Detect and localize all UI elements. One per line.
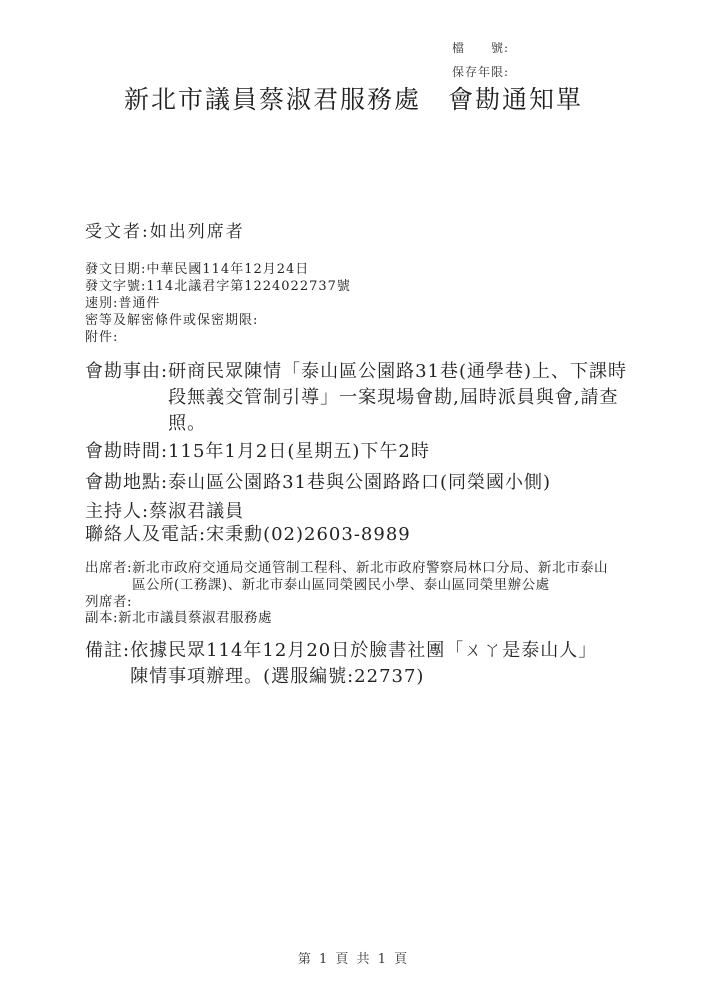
host-value: 蔡淑君議員 <box>149 500 645 523</box>
issue-number-line: 發文字號:114北議君字第1224022737號 <box>85 278 645 295</box>
attendees-block: 出席者: 新北市政府交通局交通管制工程科、新北市政府警察局林口分局、新北市泰山區… <box>85 560 645 626</box>
recipient-label: 受文者: <box>85 222 150 242</box>
host-row: 主持人: 蔡淑君議員 <box>85 500 645 523</box>
document-title: 新北市議員蔡淑君服務處 會勘通知單 <box>0 80 707 116</box>
speed-class-label: 速別: <box>85 296 118 311</box>
page-footer: 第 1 頁 共 1 頁 <box>0 948 707 967</box>
recipient-value: 如出列席者 <box>150 222 245 242</box>
issue-date-value: 中華民國114年12月24日 <box>146 262 309 277</box>
remark-label: 備註: <box>85 638 130 690</box>
contact-label: 聯絡人及電話: <box>85 523 206 546</box>
contact-value: 宋秉勳(02)2603-8989 <box>206 523 645 546</box>
remark-row: 備註: 依據民眾114年12月20日於臉書社團「ㄨㄚ是泰山人」陳情事項辦理。(選… <box>85 638 645 690</box>
issue-number-value: 114北議君字第1224022737號 <box>146 279 351 294</box>
survey-subject-value: 研商民眾陳情「泰山區公園路31巷(通學巷)上、下課時段無義交管制引導」一案現場會… <box>168 359 633 437</box>
copy-to-label: 副本: <box>85 610 118 626</box>
survey-time-label: 會勘時間: <box>85 439 168 465</box>
document-body: 受文者:如出列席者 發文日期:中華民國114年12月24日 發文字號:114北議… <box>85 222 645 690</box>
issue-date-label: 發文日期: <box>85 262 146 277</box>
observer-row: 列席者: <box>85 594 645 610</box>
speed-class-line: 速別:普通件 <box>85 295 645 312</box>
security-class-label: 密等及解密條件或保密期限: <box>85 313 258 328</box>
issue-date-line: 發文日期:中華民國114年12月24日 <box>85 261 645 278</box>
attendee-label: 出席者: <box>85 560 132 594</box>
survey-place-value: 泰山區公園路31巷與公園路路口(同榮國小側) <box>168 470 645 496</box>
observer-label: 列席者: <box>85 594 132 610</box>
copy-to-value: 新北市議員蔡淑君服務處 <box>118 610 598 626</box>
attachment-line: 附件: <box>85 329 645 346</box>
attendee-row: 出席者: 新北市政府交通局交通管制工程科、新北市政府警察局林口分局、新北市泰山區… <box>85 560 645 594</box>
host-label: 主持人: <box>85 500 149 523</box>
security-class-line: 密等及解密條件或保密期限: <box>85 312 645 329</box>
survey-subject-row: 會勘事由: 研商民眾陳情「泰山區公園路31巷(通學巷)上、下課時段無義交管制引導… <box>85 359 645 437</box>
survey-place-label: 會勘地點: <box>85 470 168 496</box>
doc-meta-block: 發文日期:中華民國114年12月24日 發文字號:114北議君字第1224022… <box>85 261 645 346</box>
top-right-meta: 檔 號: 保存年限: <box>452 36 509 84</box>
attendee-value: 新北市政府交通局交通管制工程科、新北市政府警察局林口分局、新北市泰山區公所(工務… <box>132 560 612 594</box>
observer-value <box>132 594 612 610</box>
file-number-label: 檔 號: <box>452 36 509 60</box>
contact-row: 聯絡人及電話: 宋秉勳(02)2603-8989 <box>85 523 645 546</box>
recipient-line: 受文者:如出列席者 <box>85 222 645 242</box>
document-page: 檔 號: 保存年限: 新北市議員蔡淑君服務處 會勘通知單 受文者:如出列席者 發… <box>0 0 707 1000</box>
survey-time-value: 115年1月2日(星期五)下午2時 <box>168 439 645 465</box>
survey-fields-block: 會勘事由: 研商民眾陳情「泰山區公園路31巷(通學巷)上、下課時段無義交管制引導… <box>85 359 645 546</box>
issue-number-label: 發文字號: <box>85 279 146 294</box>
survey-time-row: 會勘時間: 115年1月2日(星期五)下午2時 <box>85 439 645 465</box>
speed-class-value: 普通件 <box>118 296 160 311</box>
survey-place-row: 會勘地點: 泰山區公園路31巷與公園路路口(同榮國小側) <box>85 470 645 496</box>
survey-subject-label: 會勘事由: <box>85 359 168 437</box>
remark-value: 依據民眾114年12月20日於臉書社團「ㄨㄚ是泰山人」陳情事項辦理。(選服編號:… <box>130 638 600 690</box>
copy-to-row: 副本: 新北市議員蔡淑君服務處 <box>85 610 645 626</box>
attachment-label: 附件: <box>85 330 118 345</box>
